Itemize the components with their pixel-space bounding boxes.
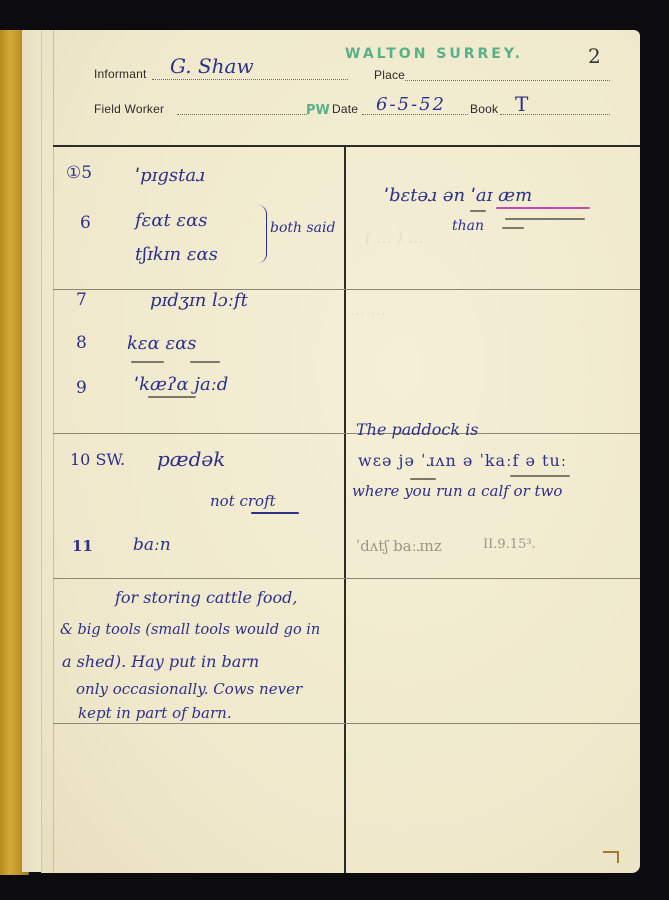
informant-label: Informant: [94, 67, 147, 81]
entry-ipa: tʃɪkɪn ɛɑs: [135, 244, 218, 265]
entry-ipa: pædək: [157, 447, 225, 471]
field-worker-label: Field Worker: [94, 102, 164, 116]
pencil-reference-ipa: ˈdʌtʃ baːɹnz: [356, 537, 442, 555]
entry-number: 9: [76, 378, 87, 398]
entry-ipa: pɪdʒɪn lɔːft: [150, 290, 248, 311]
brace-note: both said: [270, 220, 335, 236]
show-through-text: ( ... ) ...: [365, 228, 423, 247]
paddock-gloss: where you run a calf or two: [352, 482, 562, 500]
show-through-text: ... ...: [350, 300, 386, 319]
underline: [505, 218, 585, 220]
better-than-gloss: than: [452, 218, 484, 234]
entry-number: 7: [76, 290, 87, 310]
barn-note-line: only occasionally. Cows never: [76, 680, 302, 698]
underline: [502, 227, 524, 229]
not-croft-note: not croft: [210, 492, 276, 510]
entry-number: 6: [80, 213, 91, 233]
paddock-ipa: wɛə jə ˈɹʌn ə ˈkaːf ə tuː: [358, 451, 567, 470]
margin-rule: [53, 30, 54, 873]
row-divider: [53, 578, 640, 579]
paddock-intro: The paddock is: [356, 420, 479, 439]
brace-icon: [258, 205, 267, 263]
entry-ipa: ˈkæʔɑ jaːd: [134, 374, 228, 395]
field-worker-stamp: PW: [306, 103, 330, 118]
entry-ipa: fɛɑt ɛɑs: [135, 210, 207, 231]
underline: [190, 361, 220, 363]
page-number: 2: [588, 44, 601, 68]
underline: [251, 512, 299, 514]
place-label: Place: [374, 68, 405, 82]
entry-ipa: ˈpɪgstaɹ: [135, 165, 205, 186]
date-label: Date: [332, 102, 358, 116]
row-divider: [53, 723, 640, 724]
entry-number: 10 SW.: [70, 450, 125, 469]
underline: [410, 478, 436, 480]
better-than-ipa: ˈbɛtəɹ ən ˈaɪ æm: [384, 185, 532, 206]
barn-note-line: kept in part of barn.: [78, 704, 232, 722]
place-dotted-line: [405, 80, 610, 81]
date-value: 6-5-52: [376, 94, 446, 115]
barn-note-line: & big tools (small tools would go in: [60, 622, 320, 638]
place-stamp: WALTON SURREY.: [345, 46, 523, 62]
book-label: Book: [470, 102, 498, 116]
page-edge: [22, 30, 42, 872]
field-worker-dotted-line: [177, 114, 307, 115]
column-divider: [344, 145, 346, 873]
book-value: T: [515, 92, 528, 116]
underline: [148, 396, 196, 398]
pencil-reference-number: II.9.15³.: [483, 537, 536, 552]
entry-number: 8: [76, 333, 87, 353]
barn-note-line: a shed). Hay put in barn: [62, 652, 259, 671]
barn-note-line: for storing cattle food,: [115, 588, 298, 607]
row-divider: [53, 289, 640, 290]
row-divider: [53, 433, 640, 434]
header-divider: [53, 145, 640, 147]
entry-number: 11: [72, 537, 93, 555]
informant-value: G. Shaw: [170, 54, 254, 78]
entry-ipa: kɛɑ ɛɑs: [127, 333, 197, 354]
underline: [470, 210, 486, 212]
corner-stain: [603, 851, 619, 863]
underline: [131, 361, 164, 363]
entry-ipa: baːn: [133, 535, 171, 555]
underline: [510, 475, 570, 477]
pink-underline: [496, 207, 590, 209]
informant-dotted-line: [152, 79, 348, 80]
entry-number: ①5: [66, 163, 92, 183]
